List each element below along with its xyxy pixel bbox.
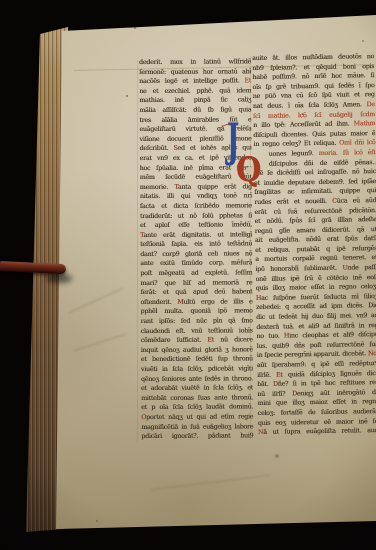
- rubric-text: moria. ſū lcō ēſt: [319, 149, 376, 157]
- parchment-speckles: [126, 95, 128, 97]
- ink-text: uones legun9.: [269, 150, 319, 158]
- manuscript-text-line: nacōēs legē et intellige poſſit. Et: [139, 77, 251, 87]
- manuscript-text-line: viuēti in ſcla ſclōʒ. pdicebāt vigīti: [141, 364, 253, 374]
- manuscript-text-line: et adorabāt viuētē in ſcla ſclōʒ. et: [141, 383, 253, 393]
- ink-text: ante erāt dignitatis. ut intelligī: [144, 231, 253, 239]
- ink-text: ne pūō vna cū ſcō ſpū viuit et reg: [253, 91, 375, 100]
- rubric-text: Omī dñi lcō: [339, 139, 375, 147]
- ink-text: diſcipuli dicentes. Quis putas maior ē: [253, 130, 375, 139]
- ink-text: dexterā tuā. et ali9 ad ſiniſtrā in reg: [256, 322, 376, 331]
- manuscript-text-line: Nā ut ſupra euāgeliſta retulit. audi: [258, 426, 376, 438]
- ink-text: memorie.: [140, 184, 175, 191]
- ink-text: celoʒ: fortaſſē de ſuīoribus audierāt.: [258, 408, 376, 417]
- ink-text: mari? que hīſ ad memoriā re: [140, 279, 252, 287]
- manuscript-text-line: teſtīoniā ſapīa. eis intō teſtādnū: [140, 240, 252, 250]
- ink-text: auite āt. illos nuſtōdiam deuotōs no: [252, 53, 374, 62]
- ink-text: fragilitas ac infirmitati. quippe qui: [254, 187, 376, 196]
- ink-text: ante exitū tīmūdo corp. mēſurā: [140, 260, 252, 268]
- ink-text: no tuo.: [256, 333, 284, 340]
- manuscript-text-line: ferāt: et quā apud deū habent: [140, 288, 252, 298]
- ink-text: mē ſe dicēdiſſi uel inſrogaſſe. nō huic: [254, 168, 376, 177]
- ink-text: quidā diſciploʒ līgnuēs dice: [283, 370, 376, 379]
- manuscript-text-line: facta et dicta ſcribēdo memorie: [140, 201, 252, 211]
- ink-text: eniqʒ aūt inērogātō do: [297, 389, 376, 397]
- ink-text: quis eoʒ uideretur eē maior inē ſe.: [258, 418, 376, 427]
- ink-text: magnificētiā in ſuā euāgelioʒ labore: [141, 423, 253, 431]
- ink-text: onē illius ipē ſrū ē cōtēcio inē eoſ.: [255, 274, 376, 283]
- manuscript-photo-scene: dederit. mox in latinū wllfridēſermonē: …: [0, 0, 376, 550]
- ink-text: nde paſſi: [347, 264, 376, 271]
- manuscript-text-line: dederit. mox in latinū wllfridē: [139, 57, 251, 67]
- ink-text: ā ut ſupra euāgeliſta retulit. audi: [263, 427, 376, 436]
- rubric-text: ſcī mathie. lcō ſcī euāgelij ſcdm: [253, 111, 375, 120]
- manuscript-text-line: cōmēdare ſufficiat. Et nū dicere: [141, 336, 253, 346]
- ink-text: nū iſrlī?: [257, 390, 292, 398]
- ink-text: aūt ſperabam9: q ipē eſſi redēptur9: [257, 360, 376, 369]
- ink-text: ſermonē: quatenus hor ornatū abī: [139, 68, 251, 76]
- ink-text: et adorabāt viuētē in ſcla ſclōʒ. et: [141, 384, 253, 392]
- manuscript-column-right: auite āt. illos nuſtōdiam deuotōs nonb9 …: [252, 52, 376, 442]
- ink-text: nat deus. ī oīa ſcla ſclōʒ Amen.: [253, 101, 367, 110]
- ink-text: nacōēs legē et intellige poſſit.: [139, 78, 244, 86]
- ink-text: nū dicere: [214, 337, 253, 344]
- ink-text: erāt cū ſuā reſurrectōnē pdicātōn.: [254, 207, 376, 216]
- ink-text: a mortuis corpalē regnū teneret. et: [255, 255, 376, 264]
- manuscript-text-line: rant ipſōs: ſed nūc pīn qā ſmo: [141, 316, 253, 326]
- ink-text: poſt mēgeatū ad expletū. ſeſſim: [140, 269, 252, 277]
- ink-text: ait euāgeliſta. nōdū erat ſpūs dat9: [255, 235, 376, 244]
- ruling-line-vertical-left: [137, 60, 138, 442]
- ink-text: oīs ſp grē tribuam9. qui ſedēs ī ſpo: [252, 82, 374, 91]
- ink-text: habē poſſim9. nō nrīē hoc māue. ſi: [252, 72, 374, 81]
- pointer-shadow: [46, 274, 72, 283]
- ink-text: inc cleophas et ali9 diſcipu: [289, 331, 376, 339]
- ink-text: tradiderūt: ut nō ſolū pphetas ſi: [140, 212, 252, 220]
- reading-pointer: [0, 261, 66, 274]
- ink-text: et p oīa ſcla ſclōʒ laudāt dominū.: [141, 404, 253, 412]
- ink-text: in regno celoʒ? Et reliqua.: [253, 140, 339, 148]
- ink-text: regnū glīe amare didicerūt. qā ut: [255, 226, 376, 235]
- ink-text: n illo tpē: Acceſſerūt ad ihm.: [253, 121, 354, 130]
- ink-text: ūca eū aūd: [337, 197, 376, 205]
- manuscript-text-line: nitatis. illi qui vndiqʒ tonē nrī: [140, 192, 252, 202]
- ink-text: pdicāri ignorāt?. pādiant hui9: [141, 432, 253, 440]
- manuscript-text-line: et aploſ eſſe teſtīonio īmēdū.: [140, 220, 252, 230]
- ink-text: rudes erāt et nouelli.: [254, 198, 332, 206]
- ink-text: ñe? ſi in tpē hoc reſtitues reg: [278, 379, 376, 388]
- ink-text: deſcribūt.: [140, 145, 174, 152]
- ink-text: bāt.: [257, 381, 273, 388]
- ink-text: et nōdū. ſpūs ſcī grā illīan adeſte: [255, 216, 376, 225]
- manuscript-text-line: mēm ſecūdē euāgeliſtarū fiūt: [140, 172, 252, 182]
- ink-text: pphēl multa. quoniā ipō memo: [141, 308, 253, 316]
- ink-text: dederit. mox in latinū wllfridē: [139, 58, 251, 66]
- ink-text: viuēti in ſcla ſclōʒ. pdicebāt vigīti: [141, 365, 253, 373]
- ink-text: Noſ: [368, 350, 376, 357]
- manuscript-text-line: poſt mēgeatū ad expletū. ſeſſim: [140, 268, 252, 278]
- ink-text: mēm ſecūdē euāgeliſtarū fiūt: [140, 173, 252, 181]
- ink-text: portet nāqʒ ut qui ad etīm regie: [146, 413, 253, 421]
- ink-text: et reliqua. putabāt q ipē reſurgēs: [255, 245, 376, 254]
- ink-text: in ſpecie peregrīni apparuit. dicebāt.: [257, 351, 368, 360]
- ink-text: inquit qēnoʒ audiui gloriā ʒ honorē: [141, 346, 253, 354]
- ink-text: nitatis. illi qui vndiqʒ tonē nrī: [140, 193, 252, 201]
- ink-text: et inuidie deputare debem9. ſed ipſāe: [254, 178, 376, 187]
- rubric-text: Mathm: [354, 120, 376, 127]
- ink-text: teſtīoniā ſapīa. eis intō teſtādnū: [140, 241, 252, 249]
- ink-text: claudendi eſt. vnū teſtīoniū iohīs: [141, 327, 253, 335]
- ink-text: lus. quib9 dñs poſt reſurrectōnē ſuā: [257, 341, 376, 350]
- manuscript-text-line: pdicāri ignorāt?. pādiant hui9: [141, 431, 253, 441]
- ink-text: ferāt: et quā apud deū habent: [140, 289, 252, 297]
- ink-text: facta et dicta ſcribēdo memorie: [140, 202, 252, 210]
- rubric-text: De: [366, 101, 374, 108]
- ink-text: cōmēdare ſufficiat.: [141, 337, 208, 344]
- ink-text: oſtenderit.: [140, 299, 177, 306]
- ink-text: qēnoʒ ſeniores ante ſedēs in throno.: [141, 375, 253, 383]
- ink-text: mini que illoʒ maioz eſſet in regno: [257, 398, 376, 407]
- ink-text: nb9 ſpleiam?. et qēquid boni opis: [252, 63, 374, 72]
- ink-text: dic ut ſedeāt hij duo filij mei. vn9 ad: [256, 312, 376, 321]
- ink-text: mittebāt coronas ſuas ante thronū.: [141, 394, 253, 402]
- ink-text: ne et ezechiel. pphē. quā idem: [139, 87, 251, 95]
- ink-text: et aploſ eſſe teſtīonio īmēdū.: [140, 221, 252, 229]
- manuscript-text-line: Oportet nāqʒ ut qui ad etīm regie: [141, 412, 253, 422]
- ink-text: et benedictionē ſedēti ſup thronū: [141, 356, 253, 364]
- ink-text: iſrlē.: [257, 371, 276, 378]
- ink-text: diſcipulos dñi de eiſdē pēnas..: [269, 159, 376, 168]
- ink-text: rant ipſōs: ſed nūc pīn qā ſmo: [141, 317, 253, 325]
- ink-text: dant? corp9 gloriā celi niues nō: [140, 250, 252, 258]
- ink-text: zebedei: q acceſſit ad ipm dicēs. Dic: [256, 302, 376, 311]
- ink-text: ultū ergo de illis e: [183, 298, 252, 305]
- ink-text: ipō honorablī ſublimarēt.: [255, 265, 342, 273]
- ink-text: mathias. inē pinpā ſic caliʒ: [139, 97, 251, 105]
- ink-text: ac ſuſpōne fuerūt ſeducta mī ſilioʒ: [261, 293, 376, 302]
- ink-text: quis illoʒ maior eſſet in regno celoʒ.: [256, 283, 376, 292]
- rubric-text: Et: [244, 78, 251, 85]
